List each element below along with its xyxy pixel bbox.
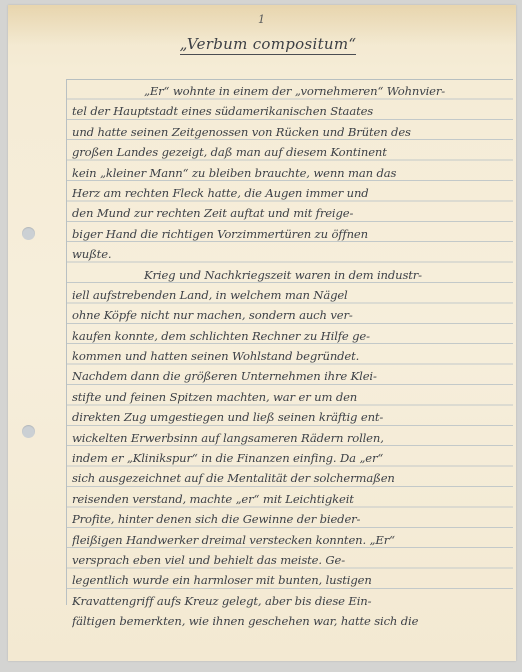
text-line: Nachdem dann die größeren Unternehmen ih… [72,366,512,386]
document-title-text: „Verbum compositum“ [180,35,357,55]
text-line: fältigen bemerkten, wie ihnen geschehen … [72,611,512,631]
text-line: kaufen konnte, dem schlichten Rechner zu… [72,326,512,346]
text-line: wickelten Erwerbsinn auf langsameren Räd… [72,428,512,448]
text-line: Krieg und Nachkriegszeit waren in dem in… [72,265,512,285]
handwritten-text-body: „Er“ wohnte in einem der „vornehmeren“ W… [72,81,512,632]
text-line: ohne Köpfe nicht nur machen, sondern auc… [72,305,512,325]
text-line: sich ausgezeichnet auf die Mentalität de… [72,468,512,488]
manuscript-page: 1 „Verbum compositum“ „Er“ wohnte in ein… [8,5,516,661]
text-line: und hatte seinen Zeitgenossen von Rücken… [72,122,512,142]
text-line: großen Landes gezeigt, daß man auf diese… [72,142,512,162]
text-line: direkten Zug umgestiegen und ließ seinen… [72,407,512,427]
text-line: fleißigen Handwerker dreimal verstecken … [72,530,512,550]
text-line: Profite, hinter denen sich die Gewinne d… [72,509,512,529]
text-line: wußte. [72,244,512,264]
text-line: „Er“ wohnte in einem der „vornehmeren“ W… [72,81,512,101]
text-line: legentlich wurde ein harmloser mit bunte… [72,570,512,590]
text-line: tel der Hauptstadt eines südamerikanisch… [72,101,512,121]
text-line: biger Hand die richtigen Vorzimmertüren … [72,224,512,244]
text-line: indem er „Klinikspur“ in die Finanzen ei… [72,448,512,468]
text-line: stifte und feinen Spitzen machten, war e… [72,387,512,407]
punch-hole-upper [22,227,35,240]
text-line: kommen und hatten seinen Wohlstand begrü… [72,346,512,366]
ruled-top-line [67,79,513,80]
page-number: 1 [258,13,265,26]
text-line: iell aufstrebenden Land, in welchem man … [72,285,512,305]
punch-hole-lower [22,425,35,438]
text-line: kein „kleiner Mann“ zu bleiben brauchte,… [72,163,512,183]
text-line: versprach eben viel und behielt das meis… [72,550,512,570]
text-line: Herz am rechten Fleck hatte, die Augen i… [72,183,512,203]
document-title: „Verbum compositum“ [158,35,378,53]
text-line: reisenden verstand, machte „er“ mit Leic… [72,489,512,509]
text-line: den Mund zur rechten Zeit auftat und mit… [72,203,512,223]
text-line: Kravattengriff aufs Kreuz gelegt, aber b… [72,591,512,611]
